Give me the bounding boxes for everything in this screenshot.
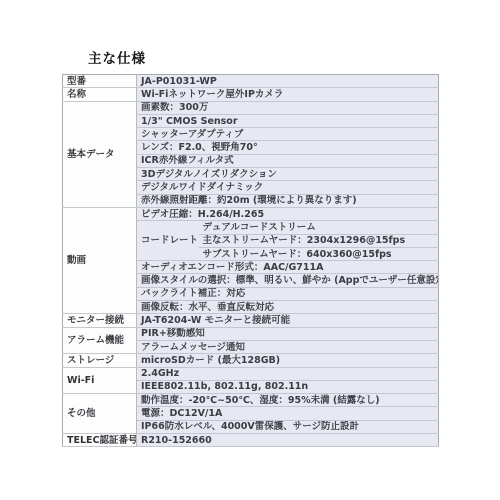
- spec-label: アラーム機能: [63, 327, 137, 354]
- spec-value: バックライト補正：対応: [137, 287, 439, 300]
- spec-value: シャッターアダプティブ: [137, 128, 439, 141]
- spec-label: 動画: [63, 207, 137, 313]
- spec-value: 動作温度：-20℃~50℃、湿度：95%未満 (結露なし): [137, 394, 439, 407]
- spec-row: Wi-Fi2.4GHz: [63, 367, 439, 380]
- spec-value: R210-152660: [137, 434, 439, 447]
- spec-row: 型番JA-P01031-WP: [63, 75, 439, 88]
- spec-value: ビデオ圧縮：H.264/H.265: [137, 207, 439, 220]
- spec-label: 型番: [63, 75, 137, 88]
- spec-label: 名称: [63, 88, 137, 101]
- spec-row: モニター接続JA-T6204-W モニターと接続可能: [63, 314, 439, 327]
- spec-row: その他動作温度：-20℃~50℃、湿度：95%未満 (結露なし): [63, 394, 439, 407]
- spec-value: 主なストリームヤード：2304x1296@15fps: [199, 234, 439, 247]
- spec-value: PIR+移動感知: [137, 327, 439, 340]
- spec-sublabel: コードレート：: [137, 221, 199, 261]
- spec-row: 名称Wi-Fiネットワーク屋外IPカメラ: [63, 88, 439, 101]
- spec-row: アラーム機能PIR+移動感知: [63, 327, 439, 340]
- spec-table-body: 型番JA-P01031-WP名称Wi-Fiネットワーク屋外IPカメラ基本データ画…: [63, 75, 439, 447]
- spec-row: 動画ビデオ圧縮：H.264/H.265: [63, 207, 439, 220]
- page-title: 主な仕様: [88, 47, 146, 67]
- spec-label: Wi-Fi: [63, 367, 137, 394]
- spec-value: デジタルワイドダイナミック: [137, 181, 439, 194]
- spec-value: 3Dデジタルノイズリダクション: [137, 168, 439, 181]
- spec-label: 基本データ: [63, 101, 137, 207]
- spec-label: モニター接続: [63, 314, 137, 327]
- spec-value: IEEE802.11b, 802.11g, 802.11n: [137, 380, 439, 393]
- spec-value: 画素数：300万: [137, 101, 439, 114]
- spec-value: JA-P01031-WP: [137, 75, 439, 88]
- spec-row: ストレージmicroSDカード (最大128GB): [63, 354, 439, 367]
- spec-value: 2.4GHz: [137, 367, 439, 380]
- spec-value: 画像反転：水平、垂直反転対応: [137, 301, 439, 314]
- spec-value: ICR赤外線フィルタ式: [137, 154, 439, 167]
- spec-value: 電源：DC12V/1A: [137, 407, 439, 420]
- spec-label: その他: [63, 394, 137, 434]
- spec-value: 赤外線照射距離：約20m (環境により異なります): [137, 194, 439, 207]
- spec-value: JA-T6204-W モニターと接続可能: [137, 314, 439, 327]
- spec-row: TELEC認証番号R210-152660: [63, 434, 439, 447]
- spec-value: オーディオエンコード形式：AAC/G711A: [137, 261, 439, 274]
- spec-value: IP66防水レベル、4000V雷保護、サージ防止設計: [137, 420, 439, 433]
- spec-label: ストレージ: [63, 354, 137, 367]
- spec-value: サブストリームヤード：640x360@15fps: [199, 247, 439, 260]
- spec-row: 基本データ画素数：300万: [63, 101, 439, 114]
- spec-value: アラームメッセージ通知: [137, 340, 439, 353]
- spec-value: 1/3" CMOS Sensor: [137, 114, 439, 127]
- spec-value: デュアルコードストリーム: [199, 221, 439, 234]
- spec-label: TELEC認証番号: [63, 434, 137, 447]
- spec-value: レンズ：F2.0、視野角70°: [137, 141, 439, 154]
- spec-value: Wi-Fiネットワーク屋外IPカメラ: [137, 88, 439, 101]
- spec-value: 画像スタイルの選択：標準、明るい、鮮やか (Appでユーザー任意設定): [137, 274, 439, 287]
- spec-table: 型番JA-P01031-WP名称Wi-Fiネットワーク屋外IPカメラ基本データ画…: [62, 74, 439, 447]
- spec-value: microSDカード (最大128GB): [137, 354, 439, 367]
